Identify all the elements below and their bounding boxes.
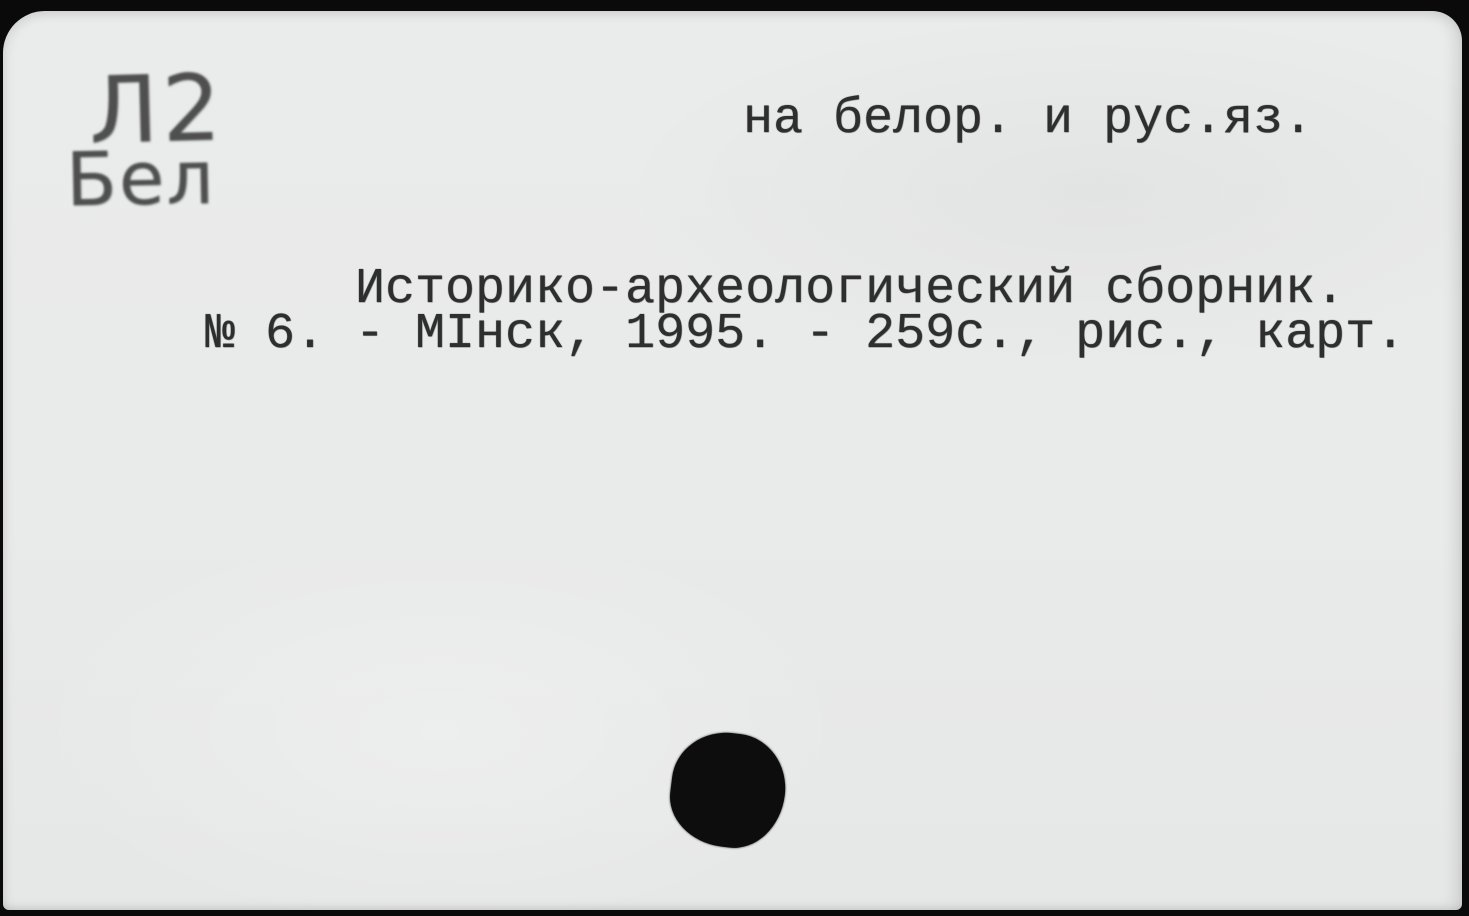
- catalog-entry-imprint: № 6. - МІнск, 1995. - 259с., рис., карт.: [205, 310, 1405, 360]
- call-number-language-mark: Бел: [65, 141, 216, 218]
- hole-punch-dot-icon: [664, 726, 791, 853]
- catalog-card: Л2 Бел на белор. и рус.яз. Историко-архе…: [3, 11, 1462, 910]
- scanner-background: Л2 Бел на белор. и рус.яз. Историко-архе…: [0, 0, 1469, 916]
- language-note: на белор. и рус.яз.: [743, 95, 1313, 145]
